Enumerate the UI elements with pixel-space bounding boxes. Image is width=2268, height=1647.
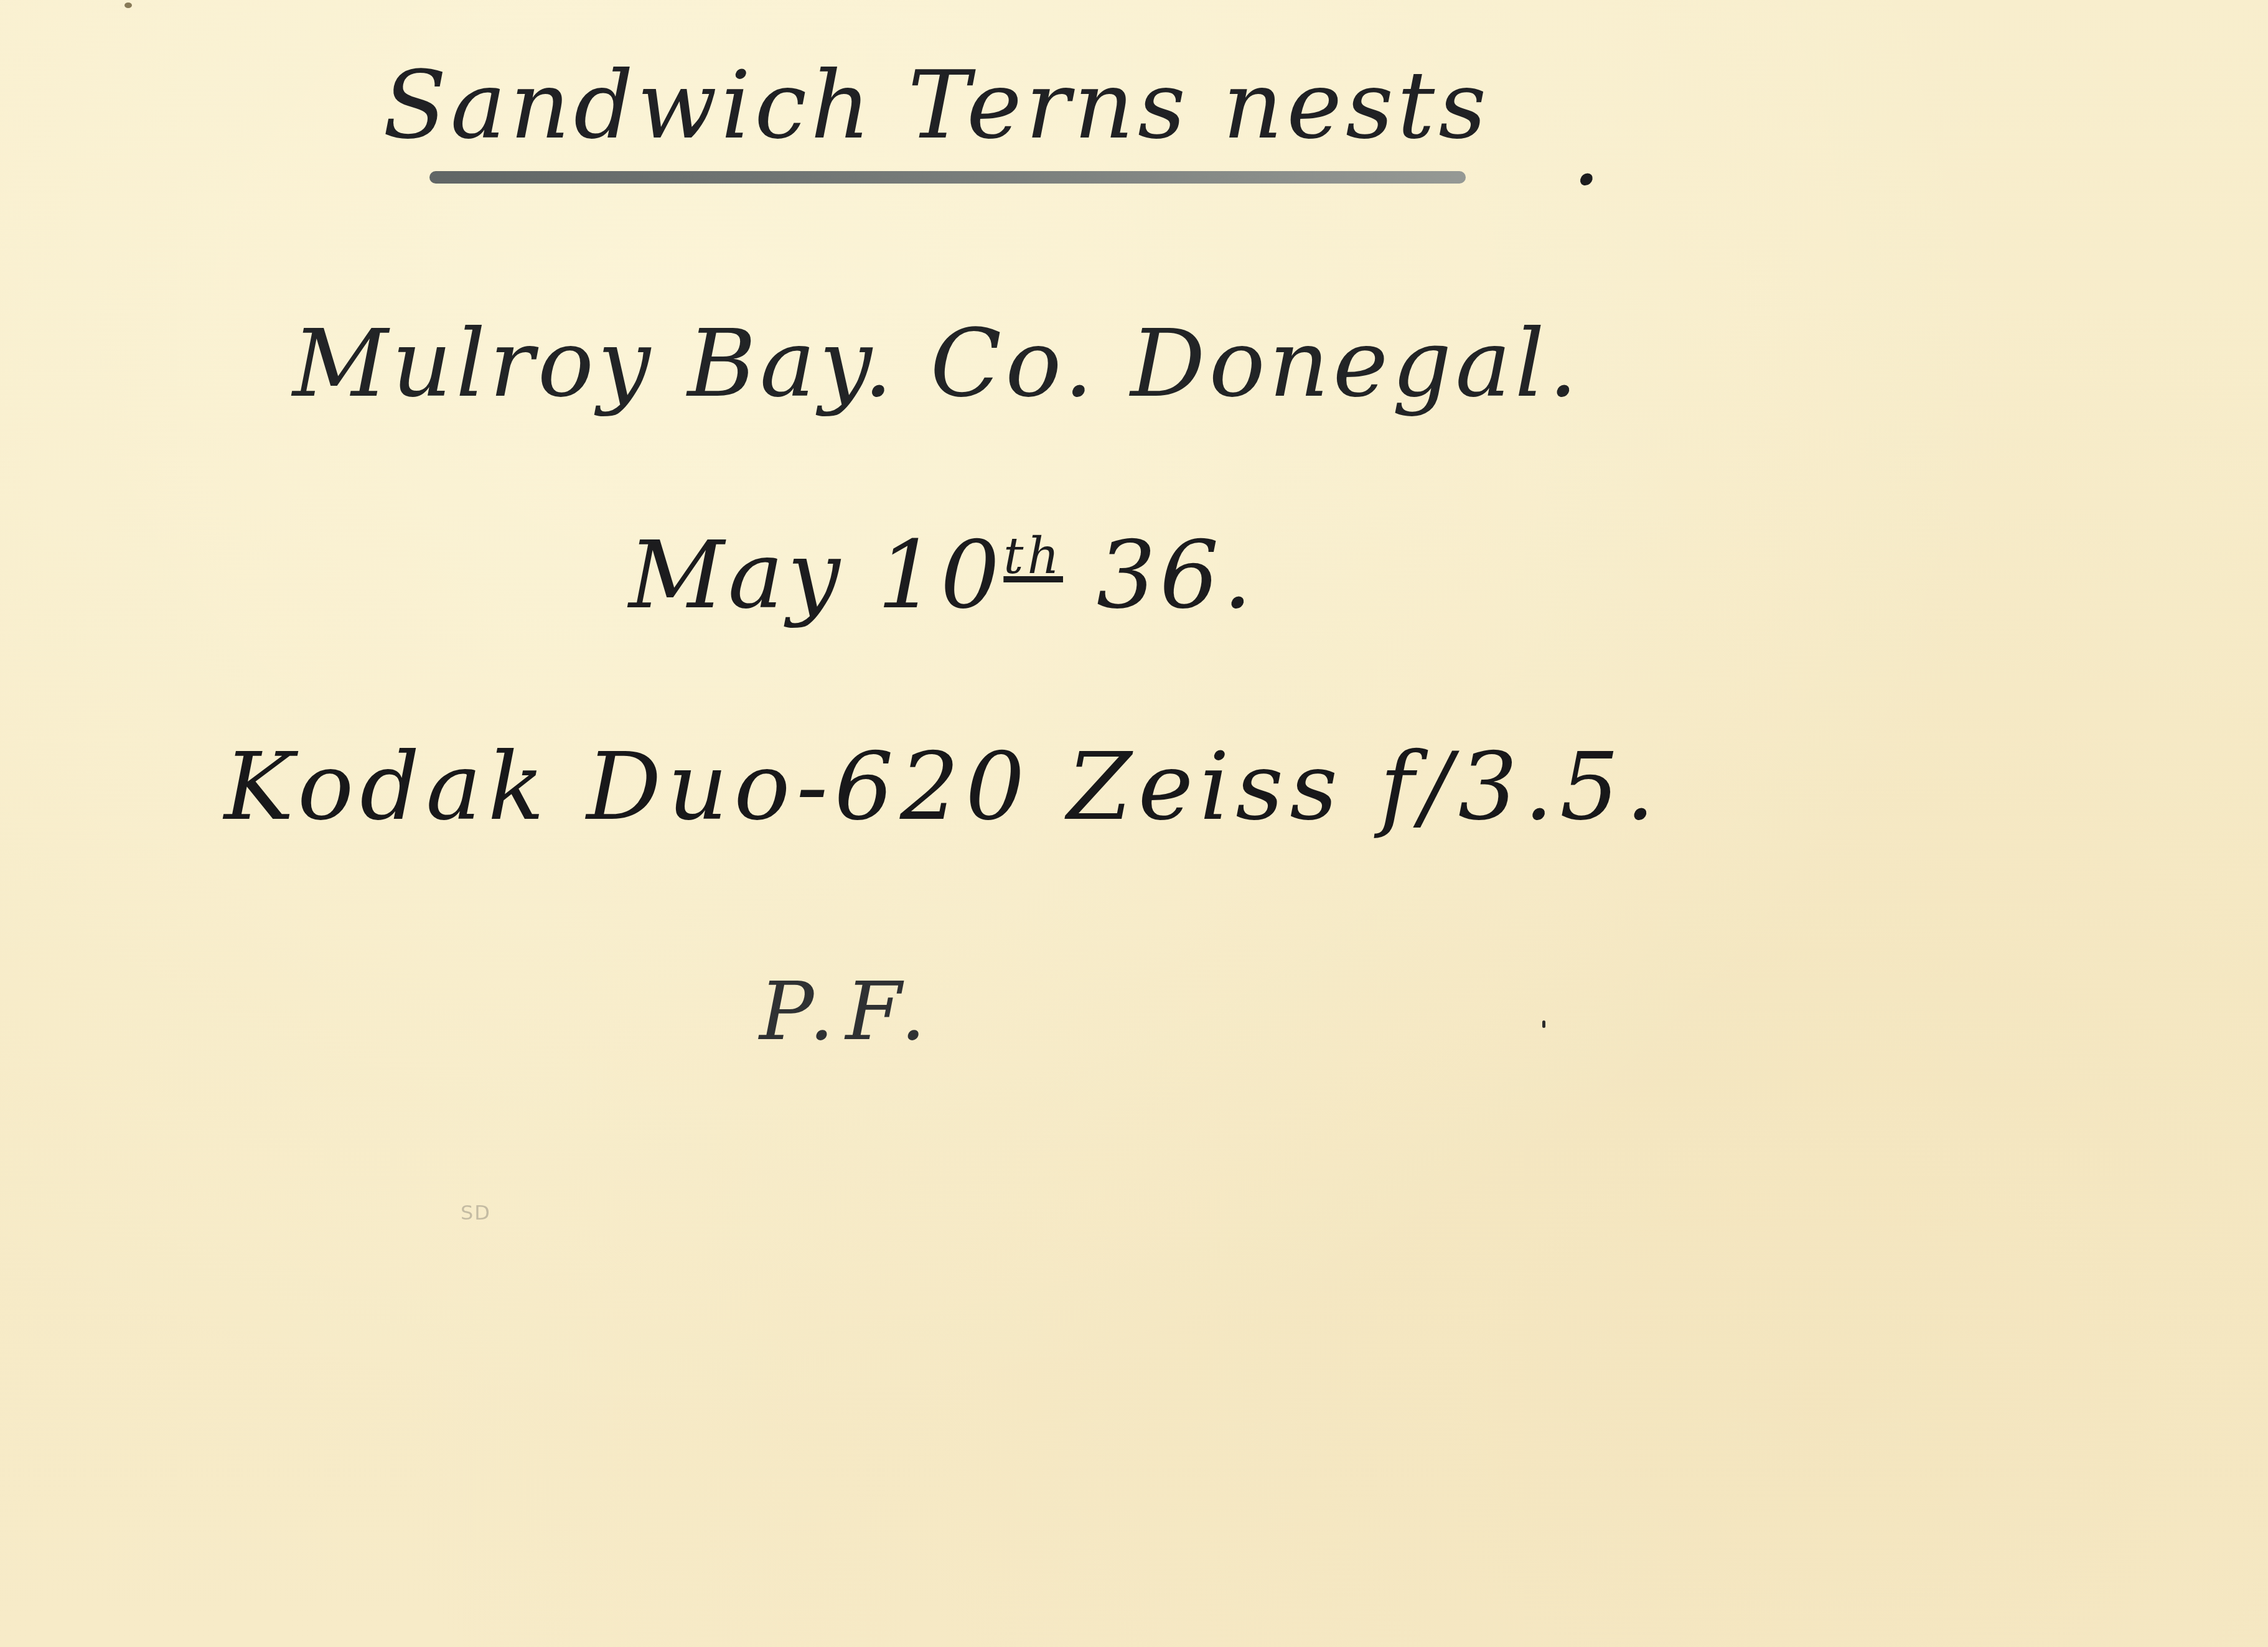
pencil-mark: SD — [461, 1201, 491, 1225]
date-line: May 10th 36. — [629, 529, 1256, 622]
title-punctuation: . — [1572, 106, 1605, 199]
camera-line: Kodak Duo-620 Zeiss f/3.5. — [224, 740, 1661, 834]
author-initials: P.F. — [759, 971, 937, 1052]
handwritten-note-card: Sandwich Terns nests . Mulroy Bay. Co. D… — [0, 0, 2268, 1647]
date-year: 36. — [1063, 521, 1256, 630]
date-day: May 10 — [629, 521, 1003, 630]
note-title: Sandwich Terns nests — [383, 59, 1490, 152]
ink-dot — [1542, 1020, 1545, 1028]
date-ordinal: th — [1003, 527, 1063, 585]
location-line: Mulroy Bay. Co. Donegal. — [293, 317, 1582, 411]
title-underline — [429, 171, 1466, 184]
ink-speck — [124, 2, 132, 8]
